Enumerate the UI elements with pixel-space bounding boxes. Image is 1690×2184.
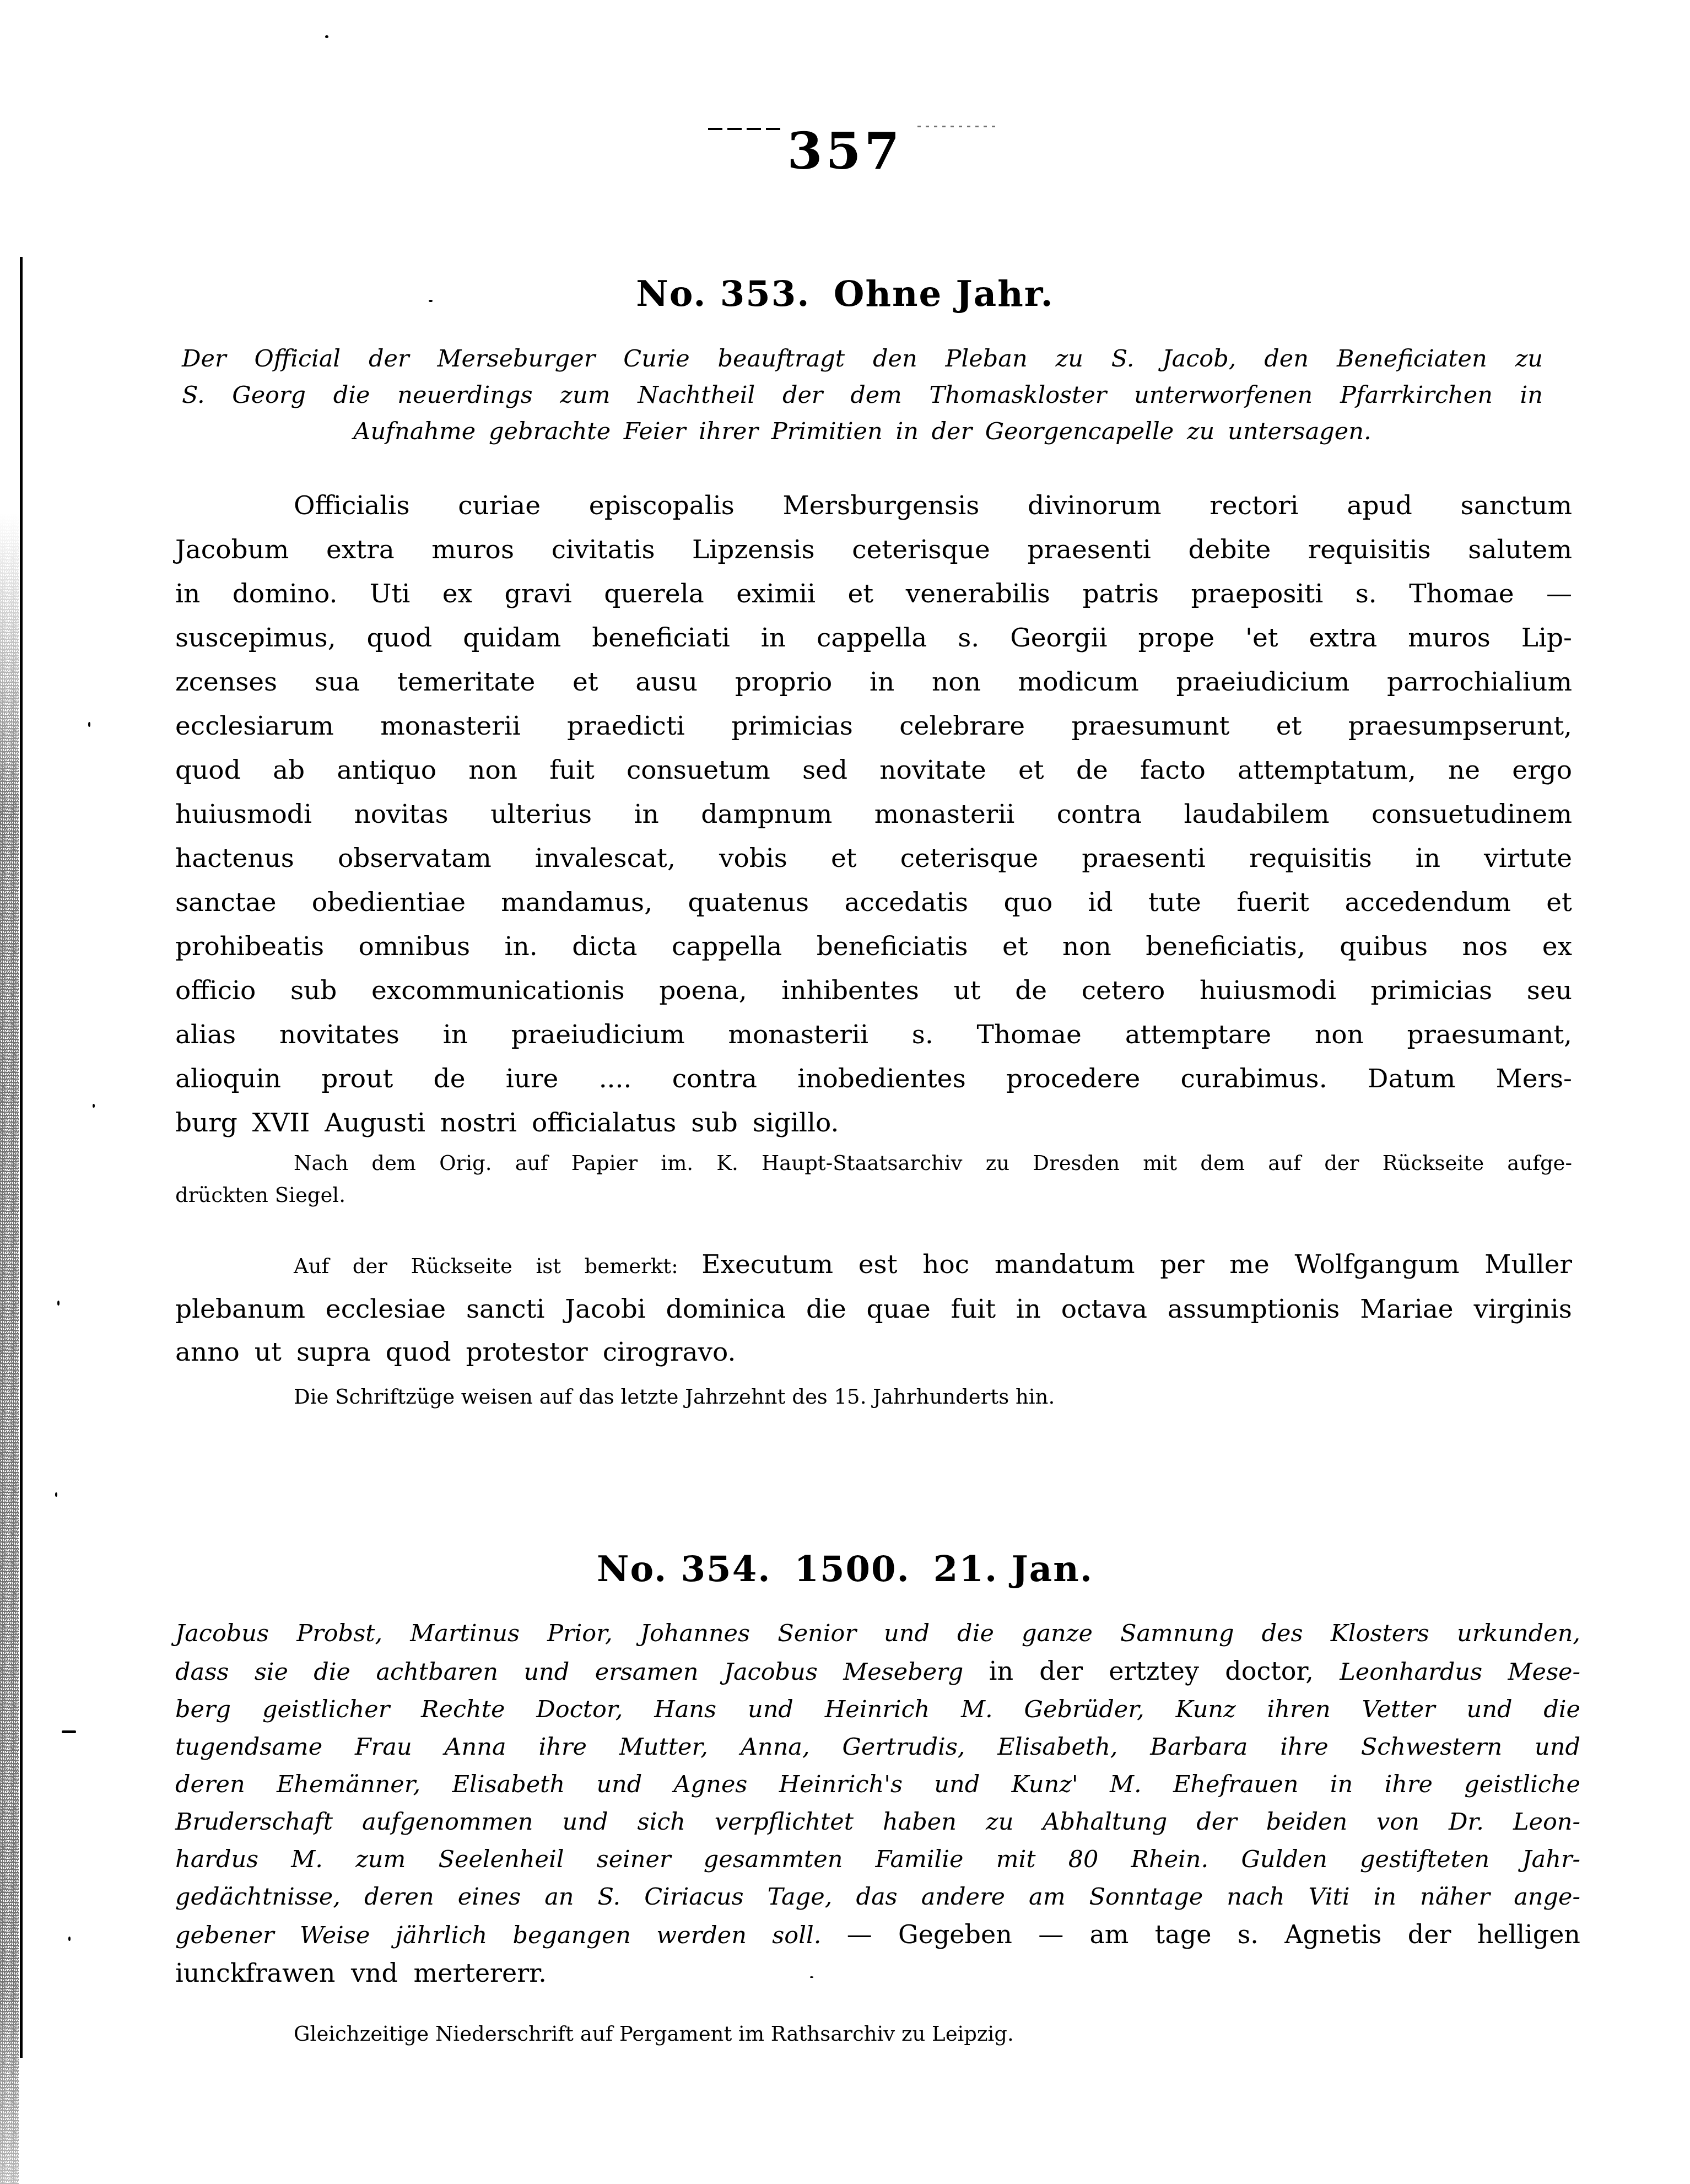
binding-gutter-noise [0, 513, 19, 2184]
verso-note-lead: Auf der Rückseite ist bemerkt: [294, 1254, 701, 1278]
verso-note-line: anno ut supra quod protestor cirogravo. [175, 1331, 1572, 1374]
regest-line: Bruderschaft aufgenommen und sich verpfl… [175, 1803, 1580, 1841]
entry-353-verso-note: Auf der Rückseite ist bemerkt: Executum … [175, 1243, 1572, 1374]
entry-353-title: Ohne Jahr. [834, 273, 1054, 315]
entry-353-regest: Der Official der Merseburger Curie beauf… [182, 341, 1543, 450]
verso-note-line: plebanum ecclesiae sancti Jacobi dominic… [175, 1288, 1572, 1331]
entry-353-heading: No. 353.Ohne Jahr. [0, 274, 1690, 314]
charter-line: Officialis curiae episcopalis Mersburgen… [175, 484, 1572, 528]
charter-line: suscepimus, quod quidam beneficiati in c… [175, 616, 1572, 660]
page-number-dash-right [917, 126, 1000, 127]
scan-dash-mark [62, 1730, 76, 1733]
script-note-line: Die Schriftzüge weisen auf das letzte Ja… [175, 1381, 1572, 1413]
charter-line: Jacobum extra muros civitatis Lipzensis … [175, 528, 1572, 572]
charter-line: officio sub excommunicationis poena, inh… [175, 969, 1572, 1013]
regest-line: dass sie die achtbaren und ersamen Jacob… [175, 1652, 1580, 1691]
binding-gutter-line [20, 257, 23, 2058]
regest-line: hardus M. zum Seelenheil seiner gesammte… [175, 1841, 1580, 1878]
regest-line: S. Georg die neuerdings zum Nachtheil de… [182, 377, 1543, 413]
charter-line: prohibeatis omnibus in. dicta cappella b… [175, 925, 1572, 969]
scan-speck [68, 1937, 71, 1941]
charter-line: alioquin prout de iure .... contra inobe… [175, 1057, 1572, 1101]
charter-line: huiusmodi novitas ulterius in dampnum mo… [175, 792, 1572, 837]
regest-roman-segment: in der ertztey doctor, [989, 1656, 1340, 1686]
scan-speck [55, 1492, 57, 1497]
scan-speck [93, 1104, 95, 1108]
charter-line: alias novitates in praeiudicium monaster… [175, 1013, 1572, 1057]
regest-line: Aufnahme gebrachte Feier ihrer Primitien… [182, 413, 1543, 450]
entry-354-heading: No. 354.1500.21. Jan. [0, 1550, 1690, 1589]
source-note-line: Nach dem Orig. auf Papier im. K. Haupt-S… [175, 1147, 1572, 1179]
regest-line: Der Official der Merseburger Curie beauf… [182, 341, 1543, 377]
scan-speck [57, 1301, 60, 1306]
regest-line: deren Ehemänner, Elisabeth und Agnes Hei… [175, 1766, 1580, 1803]
entry-353-number: No. 353. [636, 273, 811, 315]
entry-354-day: 21. Jan. [933, 1549, 1093, 1590]
regest-italic-segment: Leonhardus Mese- [1340, 1658, 1580, 1686]
regest-roman-segment: — Gegeben — am tage s. Agnetis der helli… [847, 1919, 1580, 1949]
entry-353-charter-text: Officialis curiae episcopalis Mersburgen… [175, 484, 1572, 1145]
regest-italic-segment: dass sie die achtbaren und ersamen Jacob… [175, 1658, 989, 1686]
entry-354-number: No. 354. [597, 1549, 771, 1590]
scan-speck [325, 35, 328, 38]
regest-italic-segment: gebener Weise jährlich begangen werden s… [175, 1922, 847, 1949]
source-note-line: drückten Siegel. [175, 1179, 1572, 1211]
regest-line: Jacobus Probst, Martinus Prior, Johannes… [175, 1615, 1580, 1652]
regest-line: gebener Weise jährlich begangen werden s… [175, 1916, 1580, 1954]
book-page: 357 No. 353.Ohne Jahr. Der Official der … [0, 0, 1690, 2184]
charter-line: zcenses sua temeritate et ausu proprio i… [175, 660, 1572, 704]
regest-line: iunckfrawen vnd mertererr. [175, 1954, 1580, 1992]
charter-line: hactenus observatam invalescat, vobis et… [175, 837, 1572, 881]
entry-354-source-note: Gleichzeitige Niederschrift auf Pergamen… [175, 2018, 1572, 2050]
regest-line: tugendsame Frau Anna ihre Mutter, Anna, … [175, 1728, 1580, 1766]
entry-353-source-note: Nach dem Orig. auf Papier im. K. Haupt-S… [175, 1147, 1572, 1211]
source-note-line: Gleichzeitige Niederschrift auf Pergamen… [175, 2018, 1572, 2050]
charter-line: ecclesiarum monasterii praedicti primici… [175, 704, 1572, 748]
regest-line: gedächtnisse, deren eines an S. Ciriacus… [175, 1878, 1580, 1916]
page-number: 357 [0, 126, 1690, 176]
verso-note-text: Executum est hoc mandatum per me Wolfgan… [701, 1249, 1572, 1280]
verso-note-line: Auf der Rückseite ist bemerkt: Executum … [175, 1243, 1572, 1288]
entry-353-script-note: Die Schriftzüge weisen auf das letzte Ja… [175, 1381, 1572, 1413]
scan-speck [88, 722, 90, 727]
charter-line: burg XVII Augusti nostri officialatus su… [175, 1101, 1572, 1145]
charter-line: sanctae obedientiae mandamus, quatenus a… [175, 881, 1572, 925]
regest-line: berg geistlicher Rechte Doctor, Hans und… [175, 1691, 1580, 1728]
entry-354-year: 1500. [794, 1549, 910, 1590]
entry-354-regest: Jacobus Probst, Martinus Prior, Johannes… [175, 1615, 1580, 1992]
charter-line: in domino. Uti ex gravi querela eximii e… [175, 572, 1572, 616]
charter-line: quod ab antiquo non fuit consuetum sed n… [175, 748, 1572, 792]
